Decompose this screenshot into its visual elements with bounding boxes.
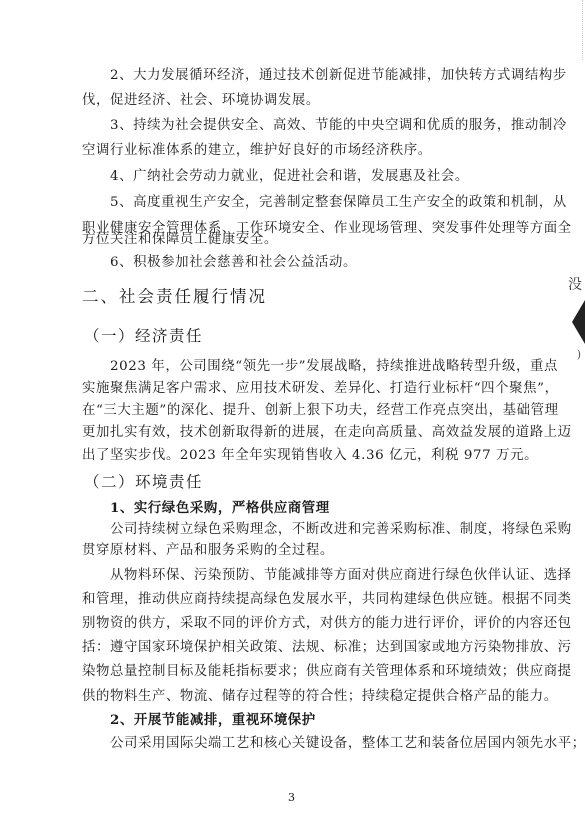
list-item-6: 6、积极参加社会慈善和社会公益活动。 [110,254,522,272]
economic-line-2: 实施聚焦满足客户需求、应用技术研发、差异化、打造行业标杆“四个聚焦”， [82,380,522,398]
economic-line-3: 在“三大主题”的深化、提升、创新上狠下功夫，经营工作亮点突出，基础管理 [82,402,522,420]
section-title: 二、社会责任履行情况 [82,286,267,308]
page-number: 3 [288,791,295,804]
economic-line-5: 出了坚实步伐。2023 年全年实现销售收入 4.36 亿元，利税 977 万元。 [82,447,522,465]
economic-line-4: 更加扎实有效，技术创新取得新的进展，在走向高质量、高效益发展的道路上迈 [82,424,522,442]
side-tab-marker-icon [572,300,585,344]
list-item-2-line-1: 2、大力发展循环经济，通过技术创新促进节能减排，加快转方式调结构步 [110,67,522,85]
side-tab-mark: ) [577,348,581,361]
economic-title: （一）经济责任 [84,326,203,346]
economic-line-1: 2023 年，公司围绕“领先一步”发展战略，持续推进战略转型升级，重点 [110,358,522,376]
energy-saving-line-1: 公司采用国际尖端工艺和核心关键设备，整体工艺和装备位居国内领先水平； [110,735,522,753]
list-item-4: 4、广纳社会劳动力就业，促进社会和谐，发展惠及社会。 [110,168,522,186]
green-procurement-title: 1、实行绿色采购，严格供应商管理 [110,499,522,517]
procurement-para2-line-4: 括：遵守国家环境保护相关政策、法规、标准；达到国家或地方污染物排放、污 [82,639,522,657]
binding-edge [580,0,583,60]
procurement-para2-line-6: 供的物料生产、物流、储存过程等的符合性；持续稳定提供合格产品的能力。 [82,688,522,706]
procurement-para2-line-3: 别物资的供方，采取不同的评价方式，对供方的能力进行评价，评价的内容还包 [82,615,522,633]
list-item-3-line-2: 空调行业标准体系的建立，维护好良好的市场经济秩序。 [82,142,522,160]
procurement-para2-line-5: 染物总量控制目标及能耗指标要求；供应商有关管理体系和环境绩效；供应商提 [82,663,522,681]
side-tab-char: 没 [568,274,582,294]
list-item-5-line-3: 方位关注和保障员工健康安全。 [82,231,522,249]
list-item-2-line-2: 伐，促进经济、社会、环境协调发展。 [82,92,522,110]
energy-saving-title: 2、开展节能减排，重视环境保护 [110,711,522,729]
procurement-para1-line-1: 公司持续树立绿色采购理念，不断改进和完善采购标准、制度，将绿色采购 [110,521,522,539]
list-item-3-line-1: 3、持续为社会提供安全、高效、节能的中央空调和优质的服务，推动制冷 [110,117,522,135]
procurement-para2-line-2: 和管理，推动供应商持续提高绿色发展水平，共同构建绿色供应链。根据不同类 [82,591,522,609]
environment-title: （二）环境责任 [84,472,203,492]
procurement-para1-line-2: 贯穿原材料、产品和服务采购的全过程。 [82,542,522,560]
list-item-5-line-1: 5、高度重视生产安全，完善制定整套保障员工生产安全的政策和机制，从 [110,194,522,212]
procurement-para2-line-1: 从物料环保、污染预防、节能减排等方面对供应商进行绿色伙伴认证、选择 [110,567,522,585]
